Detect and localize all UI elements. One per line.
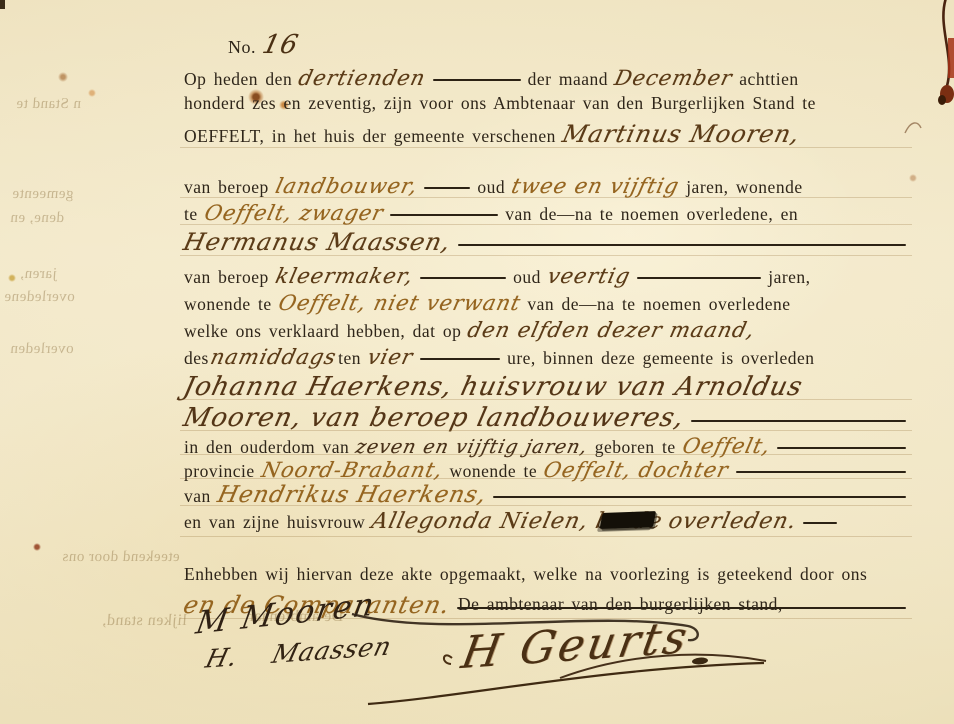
fill-rule — [433, 79, 521, 81]
printed-text: welke ons verklaard hebben, dat op — [184, 321, 461, 342]
printed-text: ure, binnen deze gemeente is overleden — [507, 348, 814, 369]
fill-rule — [424, 187, 470, 189]
handwritten-relation: Oeffelt, niet verwant — [276, 291, 523, 315]
handwritten-deceased-note: overleden. — [666, 509, 799, 534]
printed-text: oud — [513, 267, 541, 288]
fill-rule — [420, 358, 500, 360]
text-line: Op heden den dertienden der maand Decemb… — [184, 66, 906, 93]
text-line: Johanna Haerkens, huisvrouw van Arnoldus — [184, 372, 906, 403]
handwritten-daypart: namiddags — [208, 345, 339, 369]
fill-rule — [458, 244, 906, 246]
text-line: honderd zes en zeventig, zijn voor ons A… — [184, 93, 906, 120]
printed-text: Op heden den — [184, 69, 292, 90]
handwritten-mother-name: Allegonda Nielen, — [369, 509, 591, 534]
printed-text: oud — [477, 177, 505, 198]
record-number-line: No. 16 — [228, 30, 906, 66]
fill-rule — [493, 496, 906, 498]
bleedthrough-text: overledene — [3, 289, 75, 306]
printed-text: OEFFELT, in het huis der gemeente versch… — [184, 126, 556, 147]
handwritten-deceased-name: Johanna Haerkens, huisvrouw van Arnoldus — [181, 372, 806, 402]
text-line: en van zijne huisvrouw Allegonda Nielen,… — [184, 509, 906, 540]
text-line: van beroep landbouwer, oud twee en vijft… — [184, 174, 906, 201]
record-number-label: No. — [228, 37, 256, 58]
bleedthrough-text: gemeente — [11, 186, 74, 203]
death-certificate-page: n Stand te gemeente dene, en jaren, over… — [0, 0, 954, 724]
fill-rule — [736, 471, 906, 473]
fill-rule — [777, 447, 906, 449]
text-line: provincie Noord-Brabant, wonende te Oeff… — [184, 458, 906, 482]
handwritten-deceased-occupation: Mooren, van beroep landbouweres, — [181, 403, 688, 433]
corner-mark — [0, 0, 5, 9]
handwritten-occupation: kleermaker, — [273, 264, 416, 288]
printed-text: des — [184, 348, 209, 369]
fill-rule — [691, 420, 906, 422]
printed-text: geboren te — [595, 437, 676, 458]
bleedthrough-text: jaren, — [19, 266, 57, 283]
printed-text: van de—na te noemen overledene, en — [505, 204, 798, 225]
fill-rule — [420, 277, 506, 279]
handwritten-age: veertig — [545, 264, 633, 288]
printed-text: van beroep — [184, 267, 269, 288]
printed-text: achttien — [739, 69, 798, 90]
printed-text: in den ouderdom van — [184, 437, 349, 458]
bleedthrough-text: overleden — [9, 341, 74, 358]
fill-rule — [390, 214, 498, 216]
bleedthrough-text: lijken stand, — [101, 612, 187, 630]
printed-text: en van zijne huisvrouw — [184, 512, 365, 533]
printed-text: jaren, — [768, 267, 810, 288]
officer-caption: De ambtenaar van den burgerlijken stand, — [458, 594, 783, 615]
handwritten-residence-deceased: Oeffelt, dochter — [541, 458, 731, 482]
printed-text: der maand — [528, 69, 608, 90]
printed-text: jaren, wonende — [686, 177, 802, 198]
printed-text: te — [184, 204, 198, 225]
bleedthrough-text: n Stand te — [15, 96, 81, 113]
bleedthrough-text: dene, en — [9, 210, 64, 227]
handwritten-birthplace: Oeffelt, — [680, 434, 773, 458]
text-line: van Hendrikus Haerkens, — [184, 482, 906, 509]
bleedthrough-text: eteekend door ons — [61, 549, 180, 566]
text-line: des namiddags ten vier ure, binnen deze … — [184, 345, 906, 372]
printed-text: Enhebben wij hiervan deze akte opgemaakt… — [184, 564, 867, 585]
handwritten-age: twee en vijftig — [509, 174, 682, 198]
handwritten-witness-name: Hermanus Maassen, — [181, 228, 454, 256]
printed-text: wonende te — [449, 461, 537, 482]
ink-blot-mark — [600, 511, 656, 528]
printed-text: provincie — [184, 461, 255, 482]
handwritten-beide-with-blot: beide — [593, 509, 665, 534]
handwritten-month: December — [612, 66, 735, 90]
text-line: in den ouderdom van zeven en vijftig jar… — [184, 434, 906, 458]
handwritten-day: dertienden — [296, 66, 428, 90]
printed-text: wonende te — [184, 294, 272, 315]
handwritten-declarant-name: Martinus Mooren, — [560, 120, 803, 148]
handwritten-deceased-age: zeven en vijftig jaren, — [354, 436, 591, 458]
text-line: te Oeffelt, zwager van de—na te noemen o… — [184, 201, 906, 228]
certificate-body: No. 16 Op heden den dertienden der maand… — [184, 30, 906, 622]
handwritten-occupation: landbouwer, — [273, 174, 420, 198]
seal-remnant-mark — [905, 0, 954, 133]
handwritten-residence: Oeffelt, zwager — [202, 201, 386, 225]
fill-rule — [637, 277, 761, 279]
handwritten-father-name: Hendrikus Haerkens, — [215, 482, 489, 508]
text-line: welke ons verklaard hebben, dat op den e… — [184, 318, 906, 345]
printed-text: van de—na te noemen overledene — [527, 294, 790, 315]
text-line: van beroep kleermaker, oud veertig jaren… — [184, 264, 906, 291]
printed-text: van — [184, 486, 211, 507]
text-line: Mooren, van beroep landbouweres, — [184, 403, 906, 434]
text-line: Hermanus Maassen, — [184, 228, 906, 259]
text-line: Enhebben wij hiervan deze akte opgemaakt… — [184, 564, 906, 591]
printed-text: honderd zes en zeventig, zijn voor ons A… — [184, 93, 816, 114]
officer-caption-text: De ambtenaar van den burgerlijken stand, — [458, 594, 783, 614]
fill-rule — [803, 522, 837, 524]
handwritten-province: Noord-Brabant, — [259, 458, 445, 482]
handwritten-hour: vier — [365, 345, 416, 369]
handwritten-death-date: den elfden dezer maand, — [466, 318, 758, 342]
text-line: wonende te Oeffelt, niet verwant van de—… — [184, 291, 906, 318]
record-number-value: 16 — [260, 30, 302, 60]
printed-text: ten — [338, 348, 361, 369]
text-line: OEFFELT, in het huis der gemeente versch… — [184, 120, 906, 151]
printed-text: van beroep — [184, 177, 269, 198]
